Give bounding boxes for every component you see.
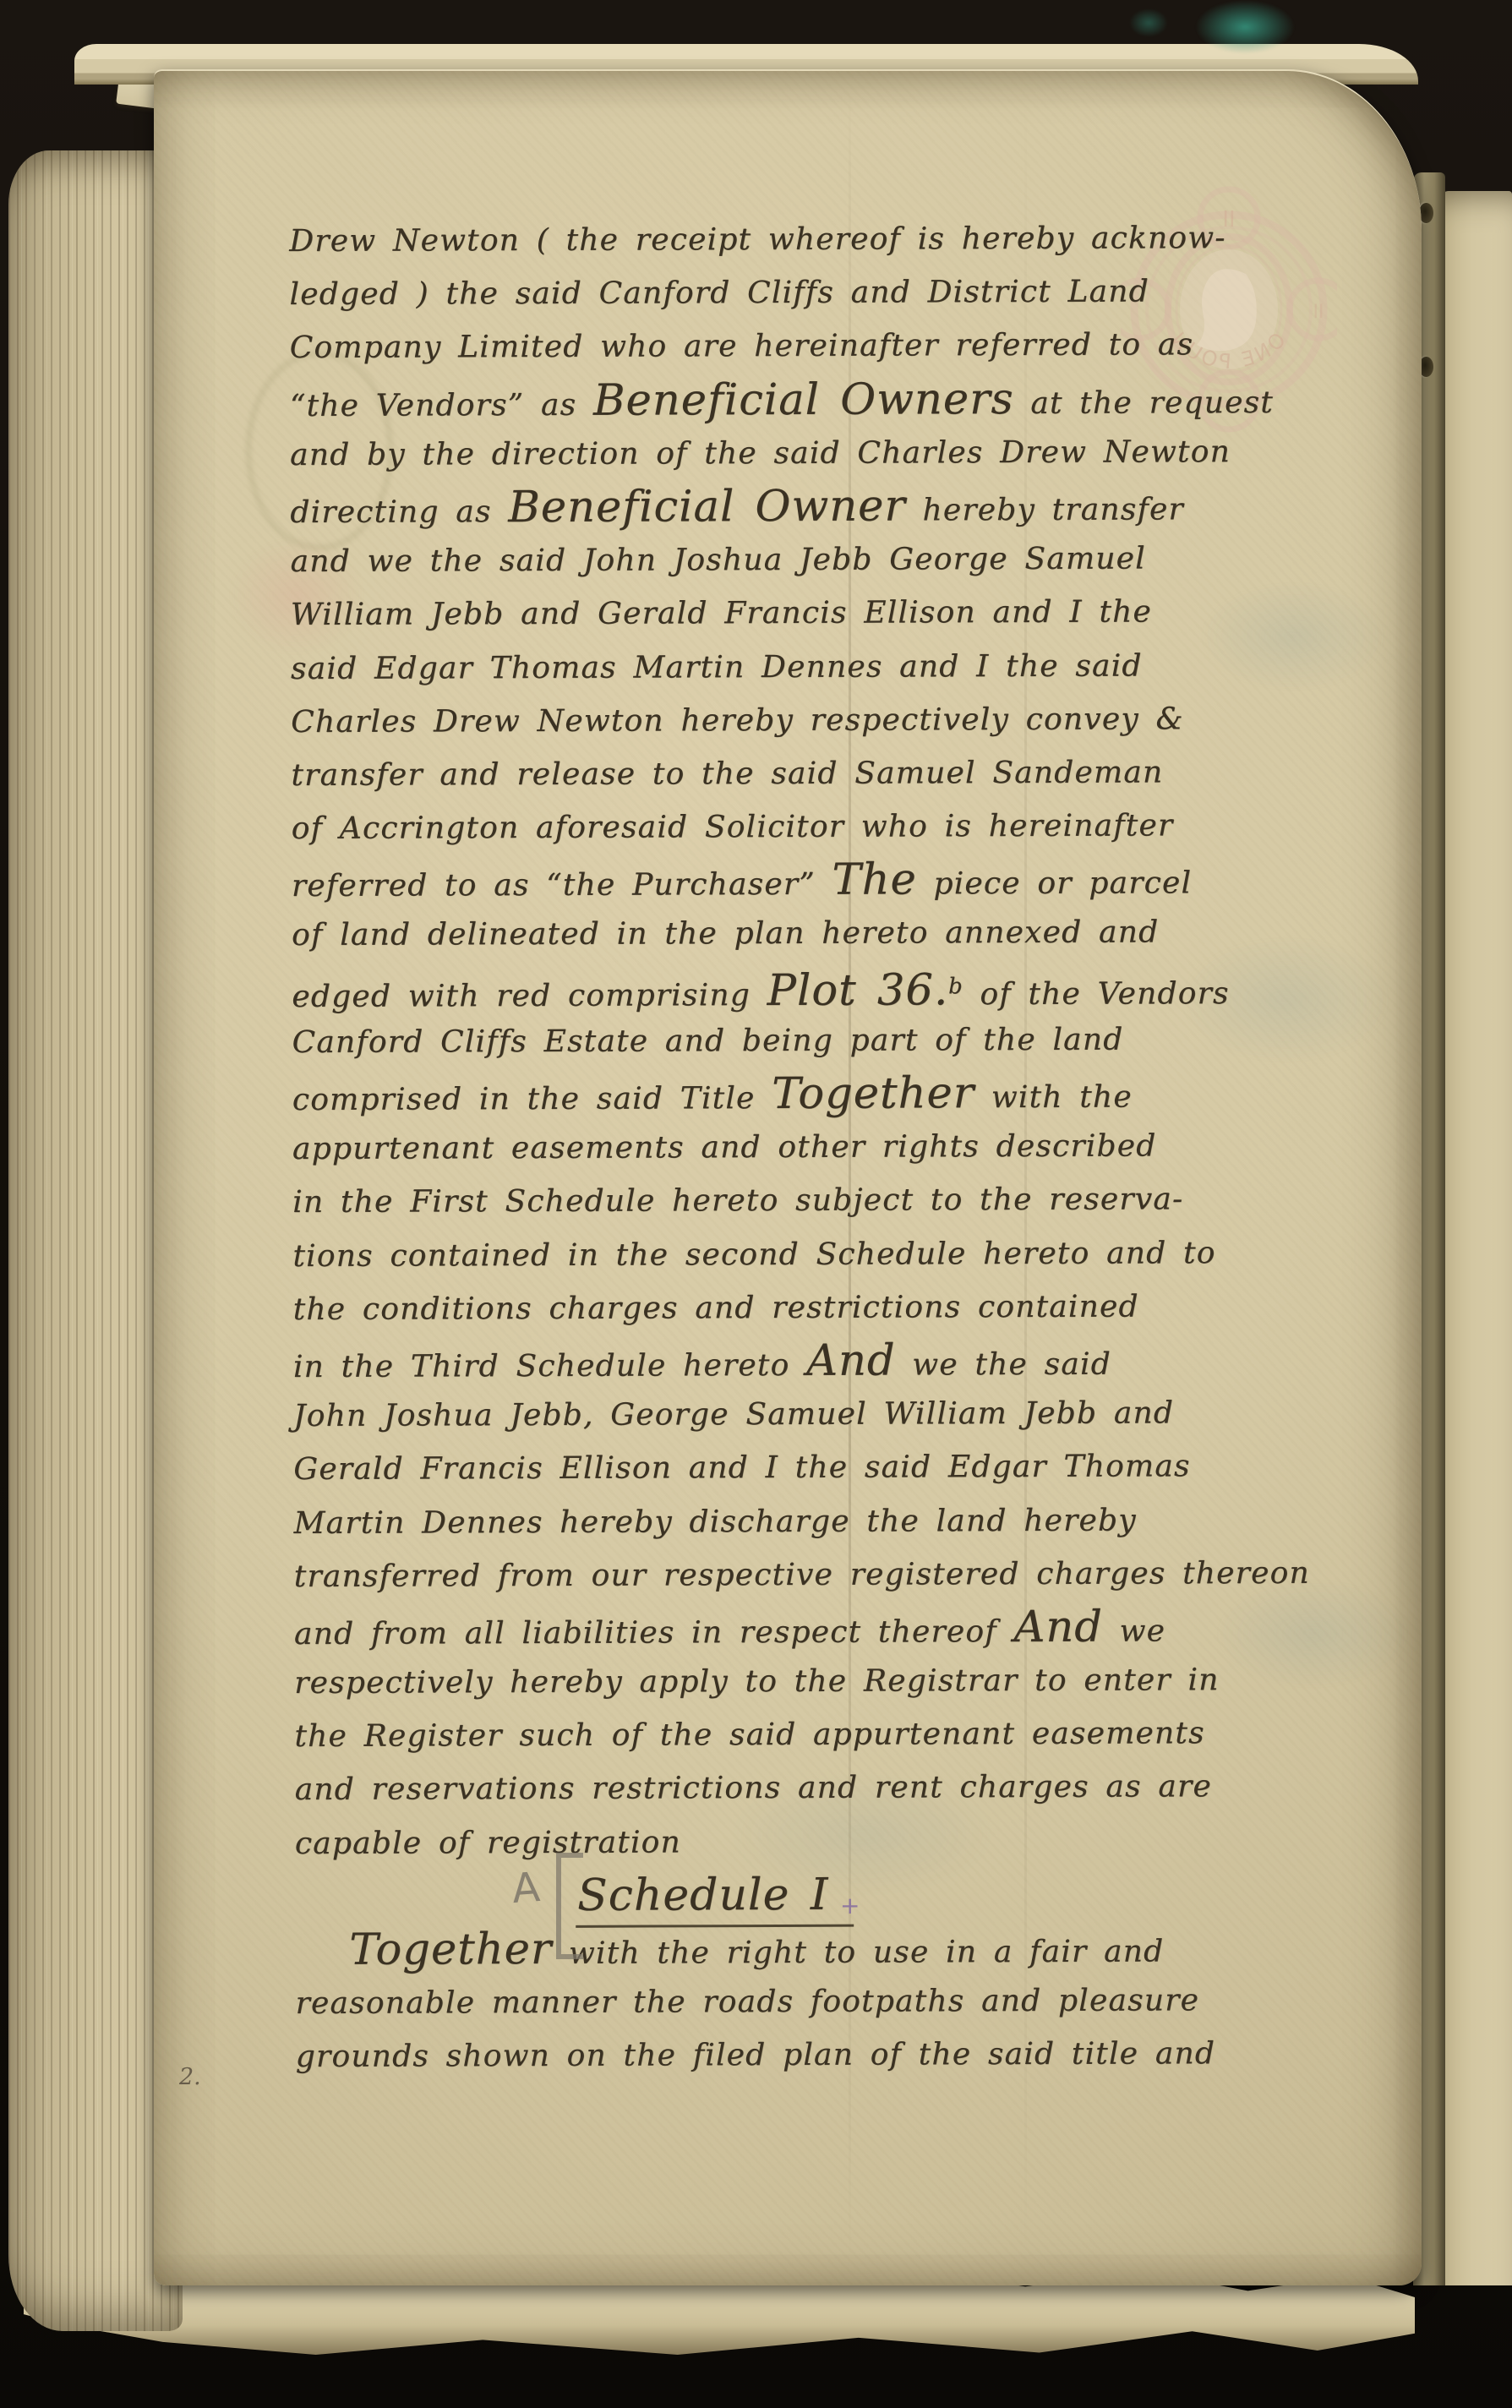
handwritten-line: in the Third Schedule hereto And we the … [293, 1333, 1257, 1390]
ink-check-mark: + [840, 1892, 860, 1919]
handwritten-line: directing as Beneficial Owner hereby tra… [290, 478, 1253, 535]
handwritten-line: referred to as “the Purchaser” The piece… [292, 852, 1255, 909]
handwritten-line: comprised in the said Title Together wit… [292, 1066, 1256, 1122]
handwritten-line: said Edgar Thomas Martin Dennes and I th… [291, 639, 1254, 696]
binding-teal-mark [1129, 8, 1168, 37]
handwritten-line: in the First Schedule hereto subject to … [292, 1172, 1256, 1229]
handwritten-line: ledged ) the said Canford Cliffs and Dis… [289, 265, 1253, 321]
handwritten-line: and we the said John Joshua Jebb George … [290, 532, 1253, 588]
handwritten-line: Together with the right to use in a fair… [349, 1920, 1258, 1977]
pencil-bracket-mark [556, 1853, 583, 1959]
handwritten-line: grounds shown on the filed plan of the s… [296, 2027, 1259, 2083]
handwritten-line: and by the direction of the said Charles… [290, 425, 1253, 482]
pencil-page-number: 2. [179, 2064, 201, 2090]
handwritten-line: and from all liabilities in respect ther… [294, 1600, 1258, 1657]
handwritten-line: and reservations restrictions and rent c… [295, 1760, 1258, 1816]
handwritten-line: Canford Cliffs Estate and being part of … [292, 1013, 1255, 1069]
stamp-numeral-side: II [1313, 302, 1324, 323]
handwritten-line: William Jebb and Gerald Francis Ellison … [291, 585, 1254, 642]
handwritten-line: tions contained in the second Schedule h… [292, 1226, 1256, 1283]
handwritten-line: Charles Drew Newton hereby respectively … [291, 692, 1254, 749]
handwritten-line: John Joshua Jebb, George Samuel William … [293, 1386, 1257, 1443]
handwritten-line: Company Limited who are hereinafter refe… [290, 318, 1253, 374]
handwritten-line: transferred from our respective register… [294, 1547, 1258, 1603]
binding-teal-mark [1176, 0, 1295, 64]
handwritten-line: transfer and release to the said Samuel … [291, 745, 1254, 802]
handwritten-line: appurtenant easements and other rights d… [292, 1119, 1256, 1176]
handwritten-line: “the Vendors” as Beneficial Owners at th… [290, 372, 1253, 429]
handwritten-line: the Register such of the said appurtenan… [294, 1706, 1258, 1763]
next-page-edge [1440, 191, 1512, 2285]
handwritten-line: Gerald Francis Ellison and I the said Ed… [293, 1439, 1257, 1496]
handwritten-line: reasonable manner the roads footpaths an… [295, 1974, 1258, 2030]
handwritten-line: respectively hereby apply to the Registr… [294, 1653, 1258, 1710]
handwritten-line: of Accrington aforesaid Solicitor who is… [292, 799, 1255, 855]
register-book-photo: ONE POUND II II Drew Newton ( the receip… [0, 0, 1512, 2408]
pencil-margin-mark: A [510, 1864, 542, 1913]
handwritten-line: the conditions charges and restrictions … [293, 1280, 1257, 1336]
handwritten-text-block: Drew Newton ( the receipt whereof is her… [289, 211, 1259, 2084]
handwritten-line: of land delineated in the plan hereto an… [292, 905, 1255, 962]
handwritten-line: capable of registration [295, 1814, 1258, 1870]
handwritten-line: edged with red comprising Plot 36.b of t… [292, 959, 1255, 1016]
handwritten-line: Martin Dennes hereby discharge the land … [293, 1493, 1257, 1550]
handwritten-line: Drew Newton ( the receipt whereof is her… [289, 211, 1253, 268]
schedule-heading: Schedule I [576, 1867, 1258, 1923]
